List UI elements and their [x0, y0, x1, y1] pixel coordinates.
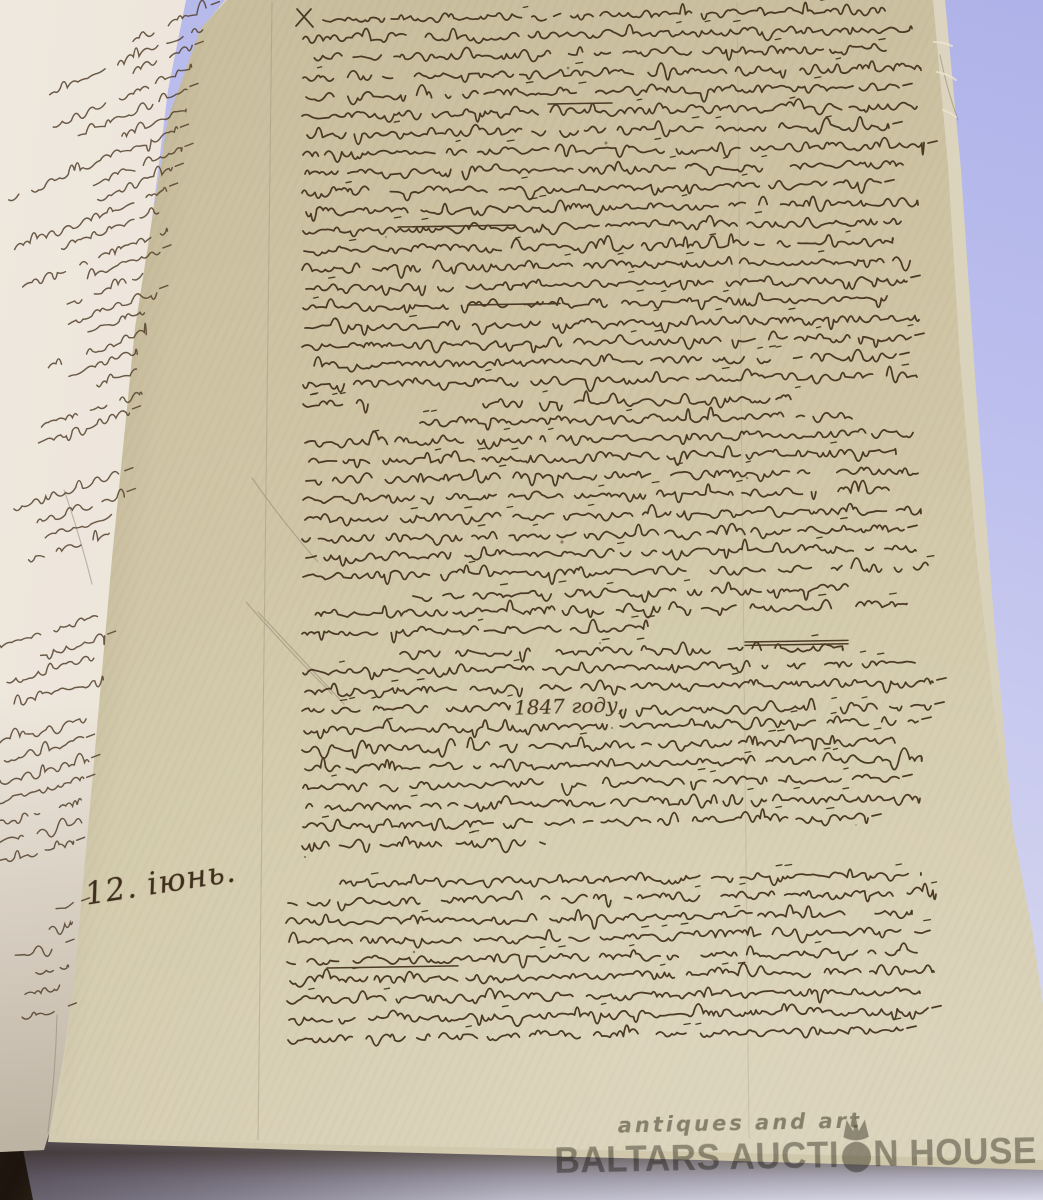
- crown-pomegranate-icon: [835, 1115, 876, 1176]
- watermark-title-left: BALTARS AUCTI: [554, 1134, 840, 1182]
- watermark-title-right: N HOUSE: [873, 1130, 1037, 1175]
- auction-watermark: antiques and art BALTARS AUCTI N HOUSE: [519, 1086, 1043, 1189]
- manuscript-ink-layer: [0, 0, 1043, 1200]
- watermark-title: BALTARS AUCTI N HOUSE: [554, 1121, 1038, 1191]
- inline-year-text: 1847 году,: [514, 692, 625, 719]
- photo-of-manuscript: 12. іюнь. 1847 году, antiques and art BA…: [0, 0, 1043, 1200]
